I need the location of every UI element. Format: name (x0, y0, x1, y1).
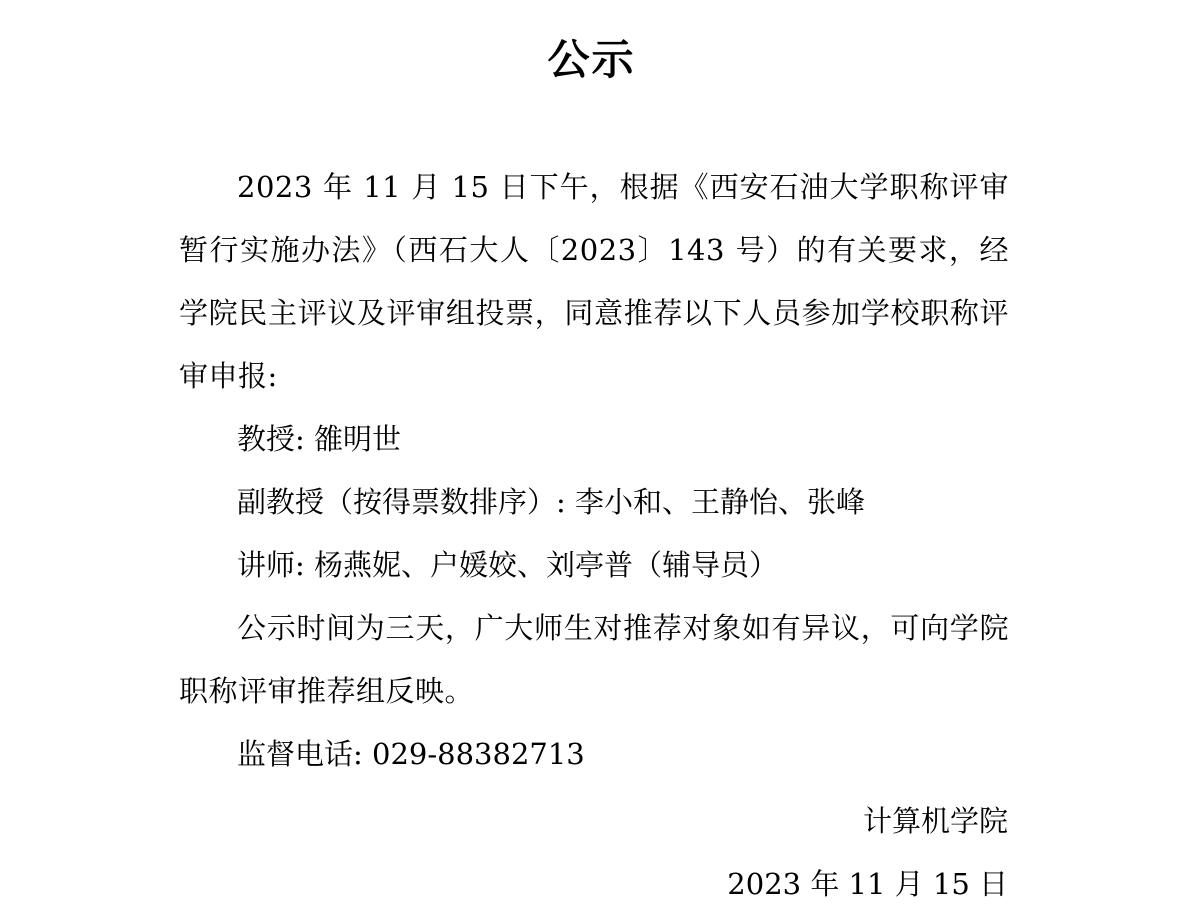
signature-block: 计算机学院 2023 年 11 月 15 日 (727, 790, 1008, 916)
signature-organization: 计算机学院 (727, 790, 1008, 853)
notice-body: 2023 年 11 月 15 日下午，根据《西安石油大学职称评审暂行实施办法》（… (179, 156, 1009, 786)
associate-professor-line: 副教授（按得票数排序）: 李小和、王静怡、张峰 (179, 471, 1009, 534)
professor-line: 教授: 雒明世 (179, 408, 1009, 471)
notice-period-paragraph: 公示时间为三天，广大师生对推荐对象如有异议，可向学院职称评审推荐组反映。 (179, 597, 1009, 723)
intro-paragraph: 2023 年 11 月 15 日下午，根据《西安石油大学职称评审暂行实施办法》（… (179, 156, 1009, 408)
signature-date: 2023 年 11 月 15 日 (727, 853, 1008, 916)
lecturer-line: 讲师: 杨燕妮、户媛姣、刘亭普（辅导员） (179, 534, 1009, 597)
page-title: 公示 (0, 32, 1183, 88)
hotline-line: 监督电话: 029-88382713 (179, 723, 1009, 786)
